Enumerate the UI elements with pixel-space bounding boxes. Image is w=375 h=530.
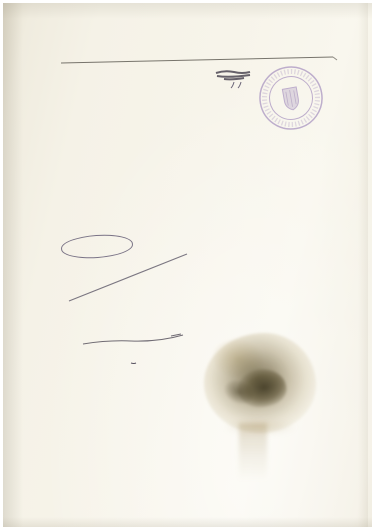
circled-word-ellentet [60, 233, 133, 261]
paper-edge-shading-bottom [3, 517, 372, 527]
round-ink-stamp [252, 59, 331, 138]
burn-stain [204, 333, 316, 433]
paper-edge-shading-left [3, 3, 23, 527]
paper-edge-shading-right [358, 3, 368, 527]
stain-drip-streak [239, 423, 267, 481]
paper-edge-shading-top [3, 3, 372, 19]
scanned-page [3, 3, 372, 527]
